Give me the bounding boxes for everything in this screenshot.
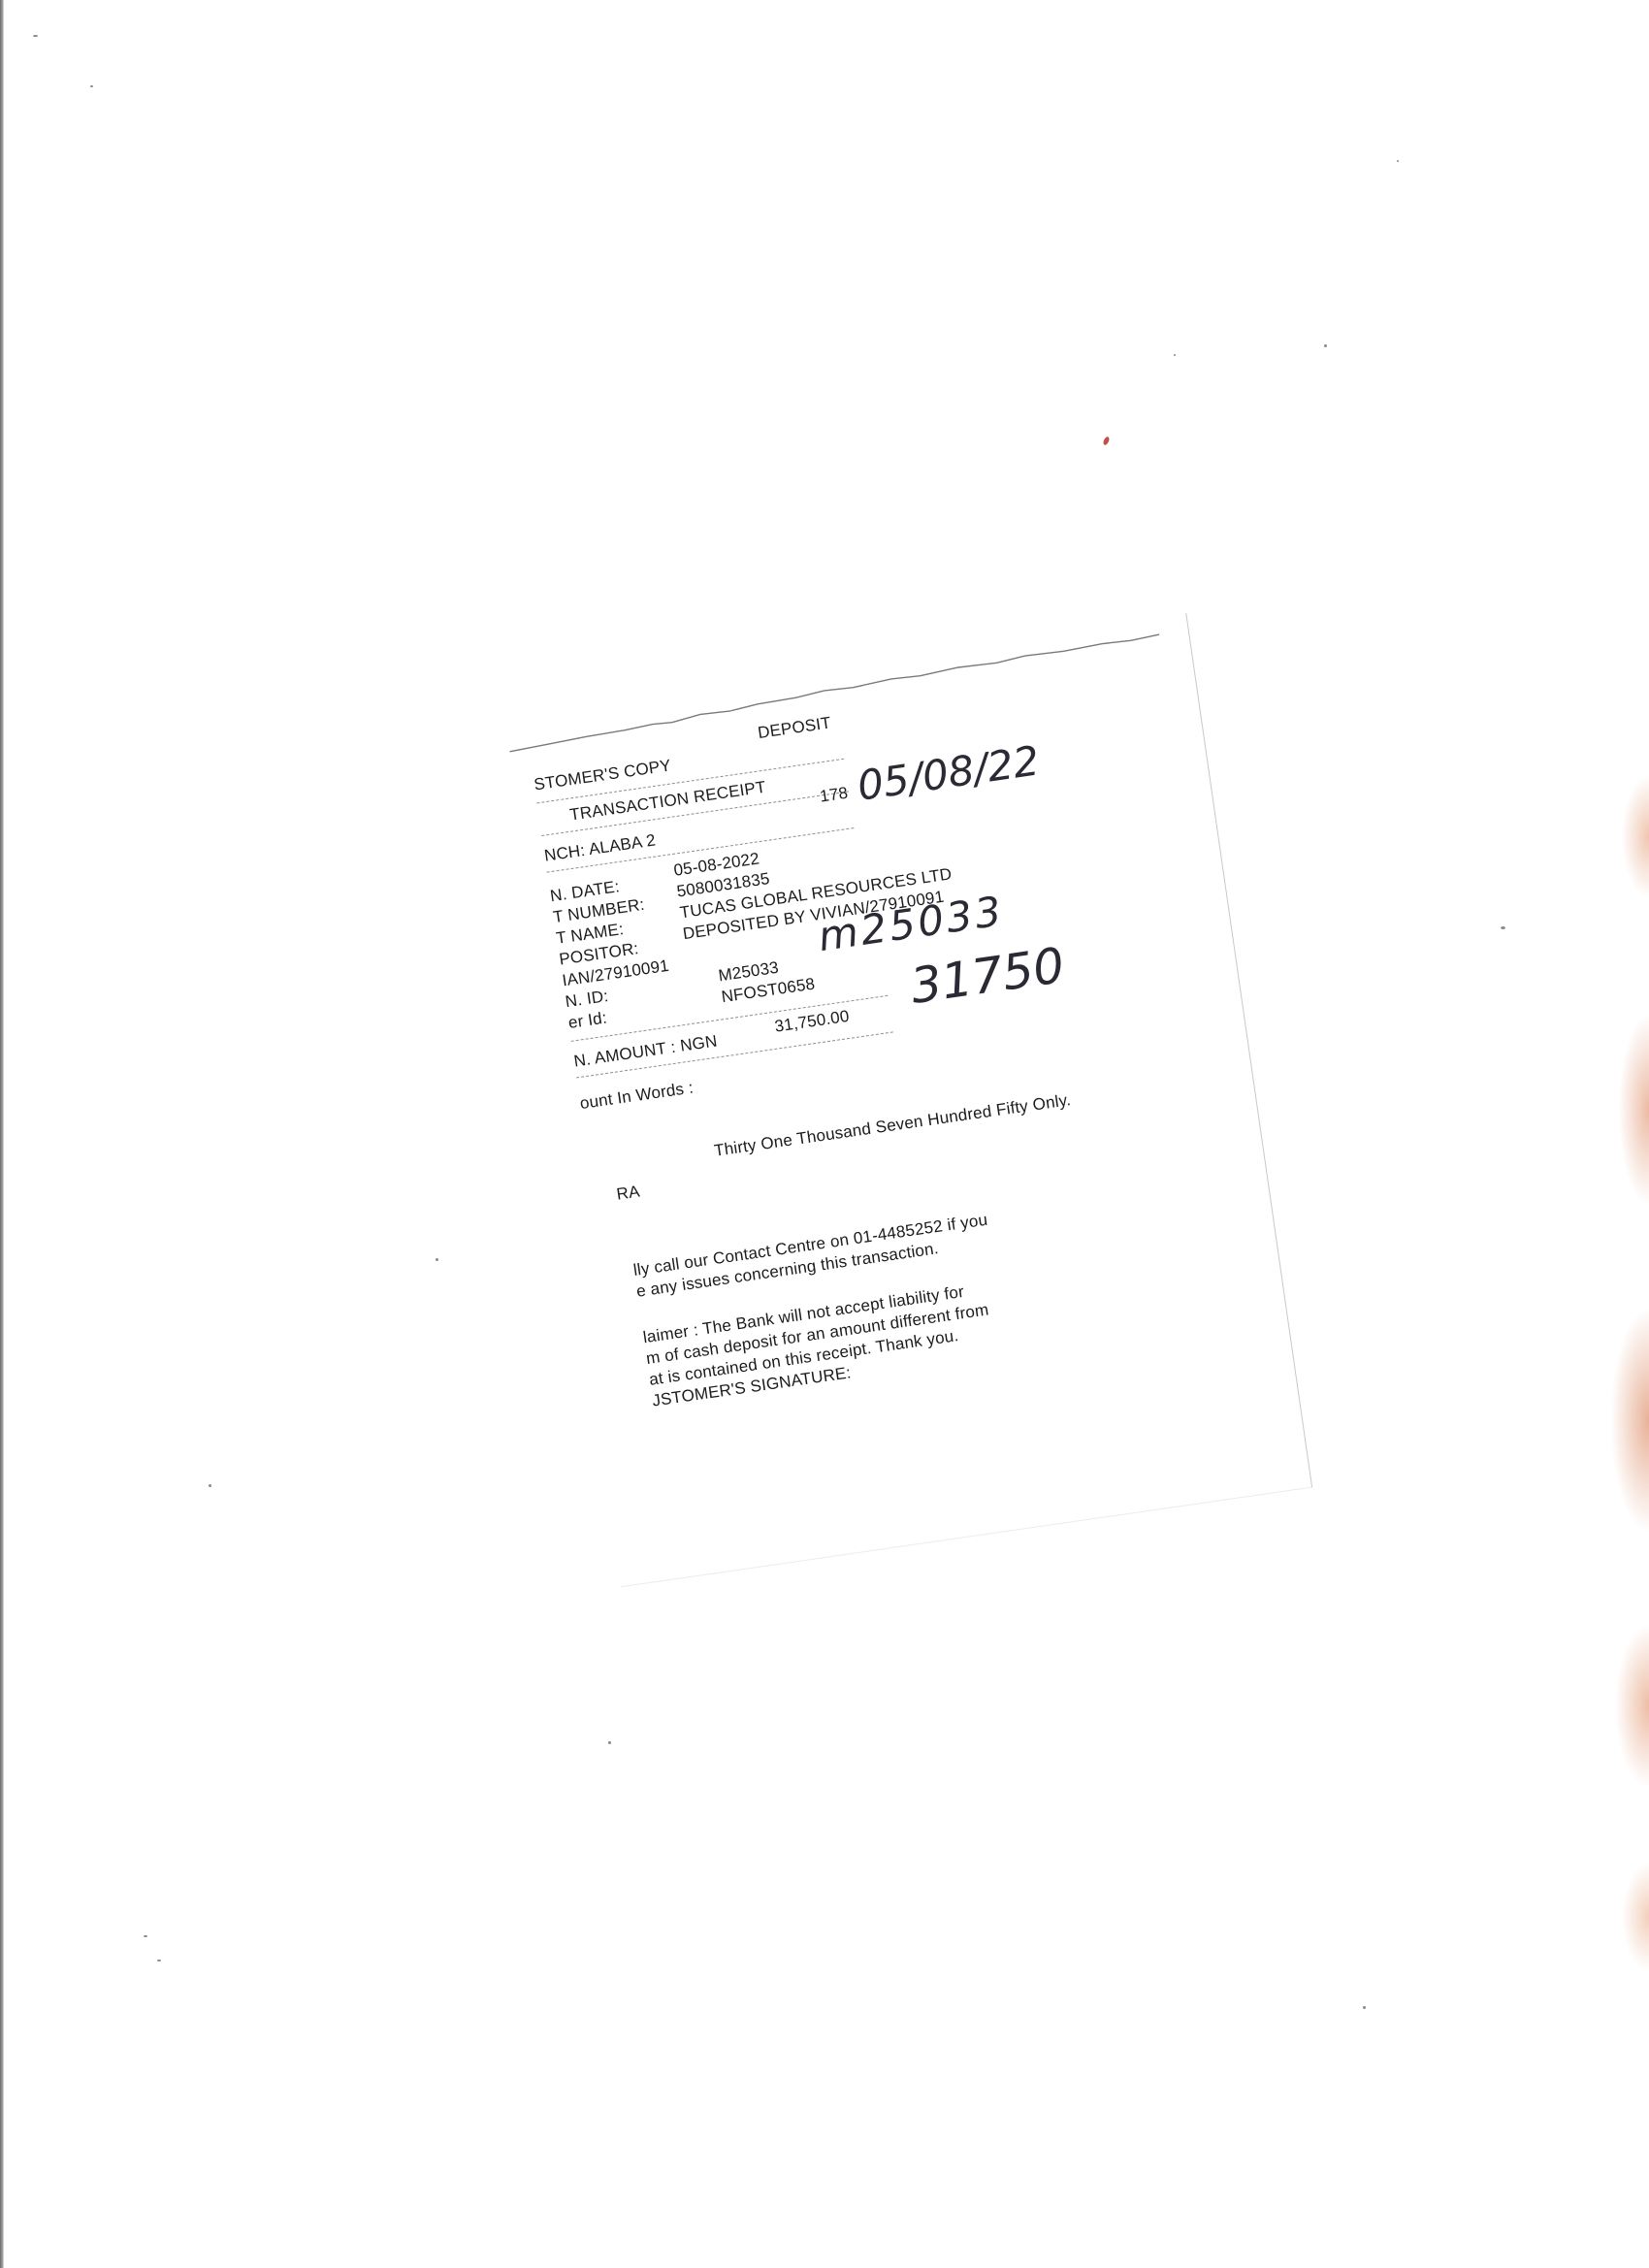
paper-stain <box>1591 737 1649 1979</box>
speck <box>1363 2006 1366 2009</box>
scan-edge <box>0 0 4 2268</box>
speck <box>608 1741 611 1744</box>
speck <box>33 35 38 37</box>
speck <box>157 1960 161 1961</box>
speck <box>436 1258 438 1261</box>
speck <box>1174 354 1176 356</box>
speck <box>1397 160 1399 162</box>
speck <box>209 1484 211 1487</box>
speck <box>1324 344 1327 347</box>
speck <box>1501 926 1505 929</box>
branch-code: 178 <box>819 784 850 807</box>
speck <box>144 1935 147 1937</box>
red-speck <box>1102 436 1110 445</box>
ra-label: RA <box>615 1182 641 1204</box>
speck <box>90 85 93 87</box>
transaction-receipt: STOMER'S COPY DEPOSIT TRANSACTION RECEIP… <box>529 657 1269 1553</box>
